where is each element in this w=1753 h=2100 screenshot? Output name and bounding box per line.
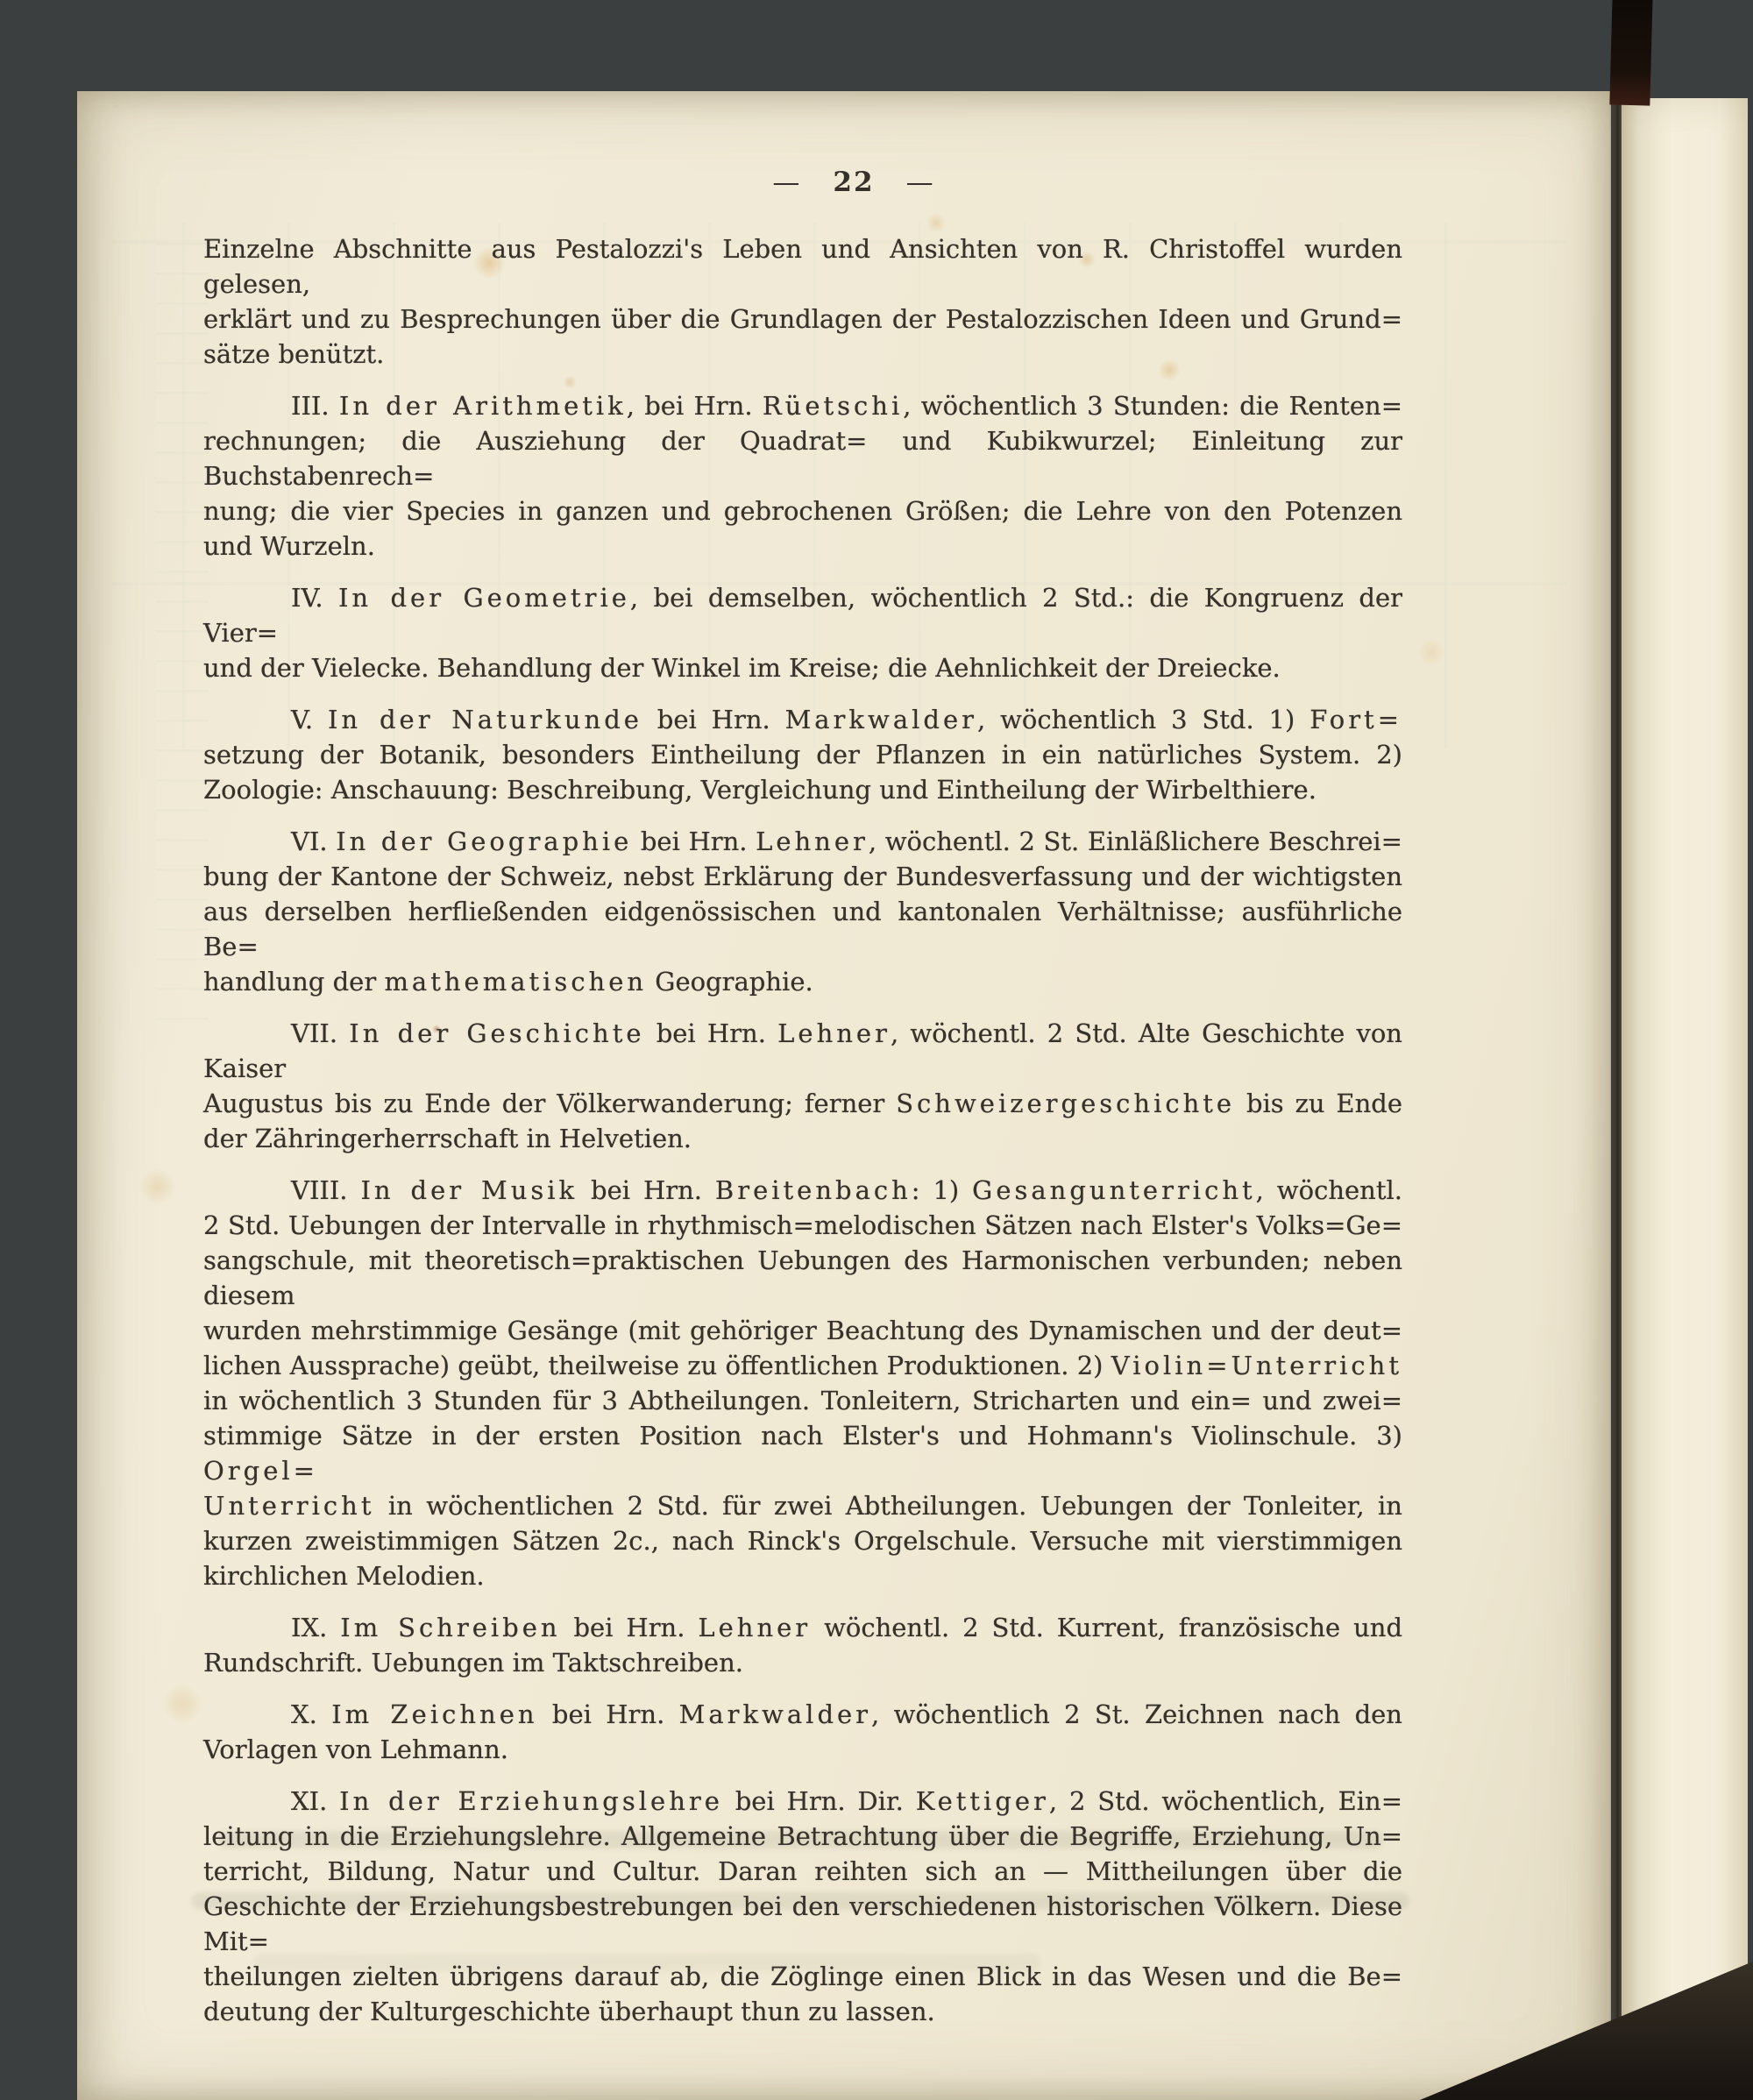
text-line: Vorlagen von Lehmann.	[203, 1732, 1402, 1767]
text-segment: Breitenbach	[715, 1175, 912, 1205]
text-line: und der Vielecke. Behandlung der Winkel …	[203, 650, 1402, 685]
text-segment: stimmige Sätze in der ersten Position na…	[203, 1421, 1402, 1451]
text-segment: Im Zeichnen	[331, 1699, 537, 1729]
text-line: wurden mehrstimmige Gesänge (mit gehörig…	[203, 1313, 1402, 1348]
text-segment: leitung in die Erziehungslehre. Allgemei…	[203, 1821, 1402, 1851]
text-line: Geschichte der Erziehungsbestrebungen be…	[203, 1889, 1402, 1959]
text-line: bung der Kantone der Schweiz, nebst Erkl…	[203, 859, 1402, 894]
text-segment: Markwalder	[679, 1699, 871, 1729]
text-line: kirchlichen Melodien.	[203, 1558, 1402, 1593]
text-segment: In der Geometrie	[338, 583, 630, 613]
text-segment: terricht, Bildung, Natur und Cultur. Dar…	[203, 1856, 1402, 1886]
text-line: X. Im Zeichnen bei Hrn. Markwalder, wöch…	[203, 1697, 1402, 1732]
page-number-dash-right: —	[906, 167, 935, 198]
paragraph: V. In der Naturkunde bei Hrn. Markwalder…	[203, 702, 1402, 807]
text-line: aus derselben herfließenden eidgenössisc…	[203, 894, 1402, 964]
text-segment: in wöchentlich 3 Stunden für 3 Abtheilun…	[203, 1386, 1402, 1415]
text-segment: bei Hrn.	[642, 705, 785, 734]
text-segment: In der Geographie	[336, 827, 632, 856]
text-line: VIII. In der Musik bei Hrn. Breitenbach:…	[203, 1173, 1402, 1208]
page-crease	[1609, 93, 1622, 2100]
text-line: Augustus bis zu Ende der Völkerwanderung…	[203, 1086, 1402, 1121]
paragraph: XI. In der Erziehungslehre bei Hrn. Dir.…	[203, 1784, 1402, 2029]
text-segment: Rüetschi	[763, 391, 903, 421]
text-line: sangschule, mit theoretisch=praktischen …	[203, 1243, 1402, 1313]
text-segment: VIII.	[291, 1175, 360, 1205]
text-segment: und der Vielecke. Behandlung der Winkel …	[203, 653, 1281, 683]
text-segment: Lehner	[698, 1613, 811, 1642]
text-line: Unterricht in wöchentlichen 2 Std. für z…	[203, 1488, 1402, 1523]
text-segment: bei Hrn.	[578, 1175, 715, 1205]
text-segment: In der Geschichte	[349, 1018, 644, 1048]
text-line: 2 Std. Uebungen der Intervalle in rhythm…	[203, 1208, 1402, 1243]
text-segment: Augustus bis zu Ende der Völkerwanderung…	[203, 1089, 896, 1118]
text-segment: bei Hrn.	[561, 1613, 699, 1642]
text-segment: , wöchentl.	[1256, 1175, 1402, 1205]
text-line: VII. In der Geschichte bei Hrn. Lehner, …	[203, 1016, 1402, 1086]
text-segment: Zoologie: Anschauung: Beschreibung, Verg…	[203, 775, 1317, 805]
text-line: Rundschrift. Uebungen im Taktschreiben.	[203, 1645, 1402, 1680]
text-segment: wurden mehrstimmige Gesänge (mit gehörig…	[203, 1316, 1402, 1345]
text-segment: , bei Hrn.	[627, 391, 763, 421]
text-line: nung; die vier Species in ganzen und geb…	[203, 493, 1402, 529]
text-segment: , wöchentlich 3 Std. 1)	[977, 705, 1309, 734]
paragraph: Einzelne Abschnitte aus Pestalozzi's Leb…	[203, 231, 1402, 372]
text-block: Einzelne Abschnitte aus Pestalozzi's Leb…	[203, 231, 1402, 2046]
paragraph: IV. In der Geometrie, bei demselben, wöc…	[203, 580, 1402, 685]
text-segment: Unterricht	[203, 1491, 375, 1521]
text-segment: bis zu Ende	[1235, 1089, 1402, 1118]
text-segment: Vorlagen von Lehmann.	[203, 1735, 508, 1764]
text-segment: wöchentl. 2 Std. Kurrent, französische u…	[811, 1613, 1402, 1642]
text-segment: der Zähringerherrschaft in Helvetien.	[203, 1124, 692, 1153]
text-line: setzung der Botanik, besonders Eintheilu…	[203, 737, 1402, 772]
text-segment: bei Hrn.	[538, 1699, 679, 1729]
text-segment: 2 Std. Uebungen der Intervalle in rhythm…	[203, 1210, 1402, 1240]
text-segment: Geographie.	[647, 967, 813, 997]
text-line: erklärt und zu Besprechungen über die Gr…	[203, 302, 1402, 337]
text-segment: kirchlichen Melodien.	[203, 1561, 485, 1591]
text-line: der Zähringerherrschaft in Helvetien.	[203, 1121, 1402, 1156]
text-segment: , 2 Std. wöchentlich, Ein=	[1049, 1786, 1402, 1816]
text-segment: , wöchentlich 2 St. Zeichnen nach den	[871, 1699, 1402, 1729]
text-segment: Markwalder	[785, 705, 977, 734]
text-segment: Fort=	[1309, 705, 1402, 734]
text-segment: Lehner	[756, 827, 869, 856]
text-segment: III.	[291, 391, 339, 421]
book-page: —22— Einzelne Abschnitte aus Pestalozzi'…	[77, 91, 1611, 2100]
text-segment: IV.	[291, 583, 338, 613]
text-segment: setzung der Botanik, besonders Eintheilu…	[203, 740, 1402, 770]
text-line: handlung der mathematischen Geographie.	[203, 964, 1402, 999]
text-line: leitung in die Erziehungslehre. Allgemei…	[203, 1819, 1402, 1854]
text-segment: kurzen zweistimmigen Sätzen 2c., nach Ri…	[203, 1526, 1402, 1556]
text-segment: und Wurzeln.	[203, 531, 375, 561]
text-segment: bung der Kantone der Schweiz, nebst Erkl…	[203, 862, 1402, 891]
paragraph: VII. In der Geschichte bei Hrn. Lehner, …	[203, 1016, 1402, 1156]
text-line: III. In der Arithmetik, bei Hrn. Rüetsch…	[203, 388, 1402, 423]
text-segment: lichen Aussprache) geübt, theilweise zu …	[203, 1351, 1111, 1380]
text-segment: sangschule, mit theoretisch=praktischen …	[203, 1245, 1402, 1310]
text-segment: Geschichte der Erziehungsbestrebungen be…	[203, 1891, 1402, 1956]
text-segment: X.	[291, 1699, 331, 1729]
text-segment: bei Hrn. Dir.	[723, 1786, 916, 1816]
text-segment: in wöchentlichen 2 Std. für zwei Abtheil…	[375, 1491, 1402, 1521]
text-line: stimmige Sätze in der ersten Position na…	[203, 1418, 1402, 1488]
text-line: in wöchentlich 3 Stunden für 3 Abtheilun…	[203, 1383, 1402, 1418]
text-segment: VII.	[291, 1018, 349, 1048]
text-segment: VI.	[291, 827, 336, 856]
text-line: Zoologie: Anschauung: Beschreibung, Verg…	[203, 772, 1402, 807]
text-segment: Orgel=	[203, 1456, 318, 1486]
next-page-fore-edge	[1622, 98, 1748, 2100]
text-segment: nung; die vier Species in ganzen und geb…	[203, 496, 1402, 526]
paragraph: IX. Im Schreiben bei Hrn. Lehner wöchent…	[203, 1610, 1402, 1680]
text-segment: Rundschrift. Uebungen im Taktschreiben.	[203, 1648, 743, 1678]
text-segment: bei Hrn.	[645, 1018, 778, 1048]
paragraph: VIII. In der Musik bei Hrn. Breitenbach:…	[203, 1173, 1402, 1593]
text-segment: Kettiger	[916, 1786, 1049, 1816]
text-segment: rechnungen; die Ausziehung der Quadrat= …	[203, 426, 1402, 491]
paragraph: X. Im Zeichnen bei Hrn. Markwalder, wöch…	[203, 1697, 1402, 1767]
text-segment: V.	[291, 705, 328, 734]
text-segment: sätze benützt.	[203, 339, 384, 369]
text-segment: In der Erziehungslehre	[339, 1786, 723, 1816]
text-segment: Lehner	[777, 1018, 891, 1048]
page-number-value: 22	[833, 167, 874, 198]
text-segment: erklärt und zu Besprechungen über die Gr…	[203, 304, 1402, 334]
page-number: —22—	[254, 167, 1453, 198]
text-segment: In der Arithmetik	[339, 391, 627, 421]
page-number-dash-left: —	[772, 167, 801, 198]
text-line: sätze benützt.	[203, 337, 1402, 372]
text-line: XI. In der Erziehungslehre bei Hrn. Dir.…	[203, 1784, 1402, 1819]
text-segment: theilungen zielten übrigens darauf ab, d…	[203, 1962, 1402, 1991]
text-segment: Gesangunterricht	[972, 1175, 1256, 1205]
text-segment: , wöchentlich 3 Stunden: die Renten=	[903, 391, 1402, 421]
text-line: rechnungen; die Ausziehung der Quadrat= …	[203, 423, 1402, 493]
text-segment: , wöchentl. 2 St. Einläßlichere Beschrei…	[869, 827, 1402, 856]
text-segment: aus derselben herfließenden eidgenössisc…	[203, 897, 1402, 961]
text-segment: Violin=Unterricht	[1111, 1351, 1402, 1380]
text-line: deutung der Kulturgeschichte überhaupt t…	[203, 1994, 1402, 2029]
text-line: VI. In der Geographie bei Hrn. Lehner, w…	[203, 824, 1402, 859]
ribbon-bookmark	[1609, 0, 1652, 106]
text-segment: XI.	[291, 1786, 339, 1816]
text-line: theilungen zielten übrigens darauf ab, d…	[203, 1959, 1402, 1994]
text-segment: Im Schreiben	[340, 1613, 560, 1642]
text-line: kurzen zweistimmigen Sätzen 2c., nach Ri…	[203, 1523, 1402, 1558]
text-segment: Einzelne Abschnitte aus Pestalozzi's Leb…	[203, 234, 1402, 299]
paragraph: III. In der Arithmetik, bei Hrn. Rüetsch…	[203, 388, 1402, 564]
text-line: Einzelne Abschnitte aus Pestalozzi's Leb…	[203, 231, 1402, 302]
text-line: terricht, Bildung, Natur und Cultur. Dar…	[203, 1854, 1402, 1889]
text-segment: handlung der	[203, 967, 384, 997]
text-segment: deutung der Kulturgeschichte überhaupt t…	[203, 1997, 935, 2026]
text-segment: In der Naturkunde	[328, 705, 642, 734]
text-segment: : 1)	[912, 1175, 972, 1205]
text-line: lichen Aussprache) geübt, theilweise zu …	[203, 1348, 1402, 1383]
scan-background: { "header": { "left_dash": "—", "number"…	[0, 0, 1753, 2100]
text-segment: In der Musik	[360, 1175, 578, 1205]
text-segment: IX.	[291, 1613, 340, 1642]
text-segment: Schweizergeschichte	[896, 1089, 1235, 1118]
text-line: IX. Im Schreiben bei Hrn. Lehner wöchent…	[203, 1610, 1402, 1645]
text-line: V. In der Naturkunde bei Hrn. Markwalder…	[203, 702, 1402, 737]
text-line: IV. In der Geometrie, bei demselben, wöc…	[203, 580, 1402, 650]
text-line: und Wurzeln.	[203, 529, 1402, 564]
text-segment: bei Hrn.	[632, 827, 756, 856]
paragraph: VI. In der Geographie bei Hrn. Lehner, w…	[203, 824, 1402, 999]
text-segment: mathematischen	[384, 967, 647, 997]
